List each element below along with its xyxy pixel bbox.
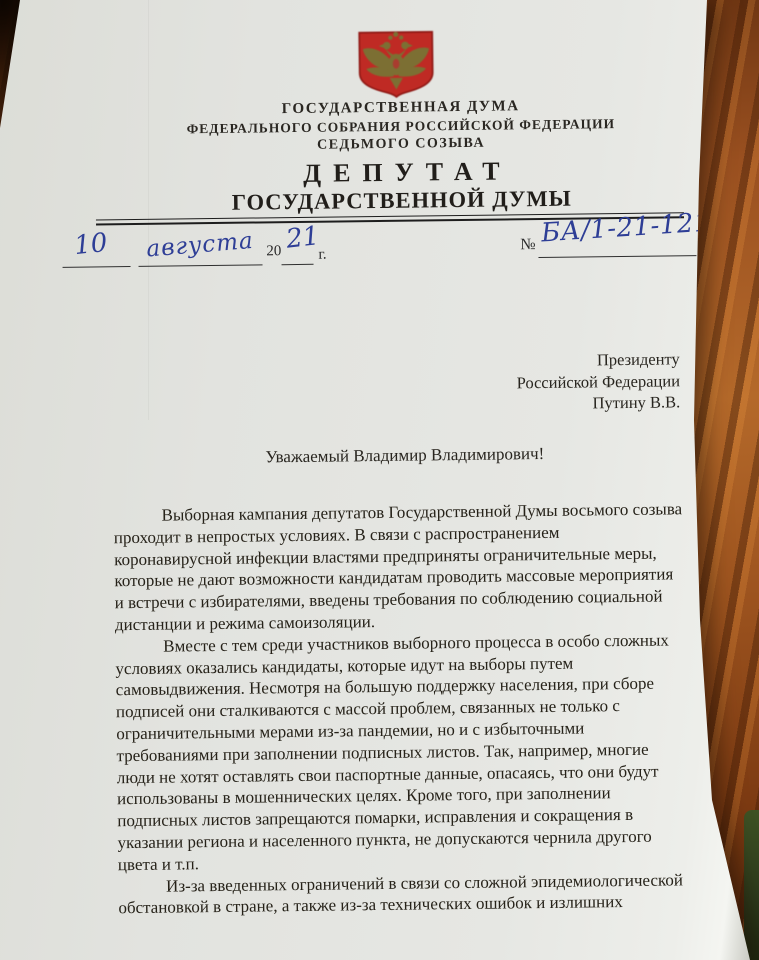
printed-year-prefix: 20 bbox=[266, 243, 281, 260]
paragraph-3: Из-за введенных ограничений в связи со с… bbox=[118, 868, 718, 919]
addressee-line: Президенту bbox=[380, 348, 680, 373]
handwritten-month: августа bbox=[145, 228, 254, 263]
number-underline bbox=[538, 255, 696, 258]
salutation: Уважаемый Владимир Владимирович! bbox=[41, 441, 759, 470]
letter-body: Выборная кампания депутатов Государствен… bbox=[113, 498, 718, 919]
date-underline-day bbox=[63, 266, 131, 268]
printed-year-suffix: г. bbox=[318, 247, 326, 264]
addressee-line: Путину В.В. bbox=[380, 391, 680, 416]
date-underline-month bbox=[139, 264, 263, 267]
handwritten-day: 10 bbox=[73, 228, 109, 261]
paper-shadow-wrap: ГОСУДАРСТВЕННАЯ ДУМА ФЕДЕРАЛЬНОГО СОБРАН… bbox=[0, 0, 759, 960]
paragraph-2: Вместе с тем среди участников выборного … bbox=[115, 629, 718, 876]
date-underline-year bbox=[282, 264, 314, 265]
photo-of-letter: ГОСУДАРСТВЕННАЯ ДУМА ФЕДЕРАЛЬНОГО СОБРАН… bbox=[0, 0, 759, 960]
letter-content: ГОСУДАРСТВЕННАЯ ДУМА ФЕДЕРАЛЬНОГО СОБРАН… bbox=[0, 0, 759, 960]
paragraph-1: Выборная кампания депутатов Государствен… bbox=[113, 498, 715, 636]
letter-paper: ГОСУДАРСТВЕННАЯ ДУМА ФЕДЕРАЛЬНОГО СОБРАН… bbox=[0, 0, 759, 960]
addressee-block: Президенту Российской Федерации Путину В… bbox=[380, 348, 681, 416]
handwritten-year: 21 bbox=[285, 221, 321, 255]
russia-coat-of-arms-icon bbox=[354, 29, 439, 98]
printed-number-sign: № bbox=[520, 236, 535, 254]
